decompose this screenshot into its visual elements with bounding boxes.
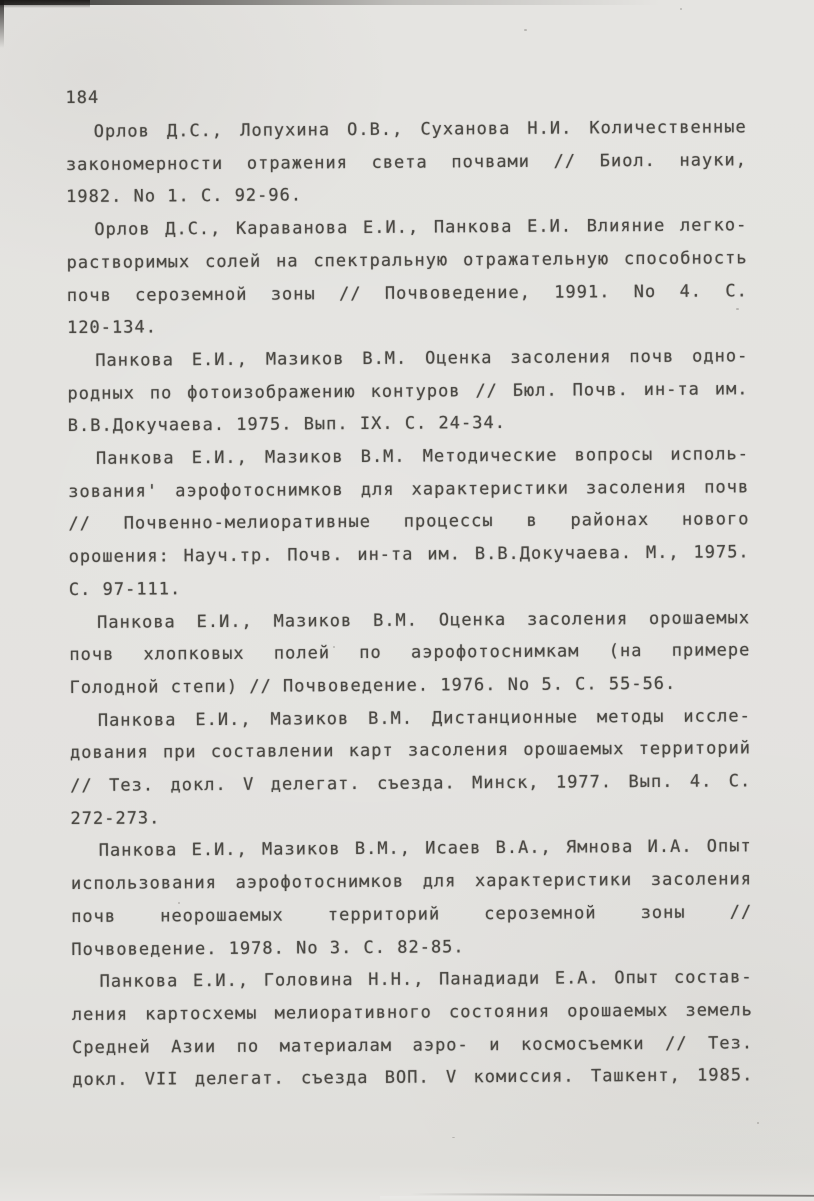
bibliography-line: // Тез. докл. V делегат. съезда. Минск, … <box>70 765 751 802</box>
bibliography-line: Панкова Е.И., Мазиков В.М. Оценка засоле… <box>67 340 748 377</box>
scanned-page: 184 Орлов Д.С., Лопухина О.В., Суханова … <box>0 0 814 1201</box>
bibliography-line: Панкова Е.И., Мазиков В.М. Дистанционные… <box>70 700 751 737</box>
bibliography-line: почв хлопковых полей по аэрофотоснимкам … <box>69 635 750 672</box>
bibliography-line: дования при составлении карт засоления о… <box>70 733 751 770</box>
bibliography-line: ления картосхемы мелиоративного состояни… <box>72 994 753 1031</box>
bibliography-line: орошения: Науч.тр. Почв. ин-та им. В.В.Д… <box>69 536 750 573</box>
bibliography-line: родных по фотоизображению контуров // Бю… <box>67 373 748 410</box>
bibliography-line: почв неорошаемых территорий сероземной з… <box>71 896 752 933</box>
bibliography-line: докл. VII делегат. съезда ВОП. V комисси… <box>72 1060 753 1097</box>
bibliography-line: // Почвенно-мелиоративные процессы в рай… <box>68 504 749 541</box>
bibliography-line: растворимых солей на спектральную отража… <box>66 242 747 279</box>
bibliography-line: Орлов Д.С., Караванова Е.И., Панкова Е.И… <box>66 209 747 246</box>
bibliography-line: Орлов Д.С., Лопухина О.В., Суханова Н.И.… <box>66 111 747 148</box>
bibliography-line: 120-134. <box>67 307 748 344</box>
bibliography-line: Голодной степи) // Почвоведение. 1976. N… <box>69 667 750 704</box>
bibliography-line: Панкова Е.И., Мазиков В.М., Исаев В.А., … <box>71 831 752 868</box>
bibliography-line: Почвоведение. 1978. No 3. С. 82-85. <box>71 929 752 966</box>
bibliography-line: зования' аэрофотоснимков для характерист… <box>68 471 749 508</box>
bibliography-line: 1982. No 1. С. 92-96. <box>66 177 747 214</box>
bibliography-line: С. 97-111. <box>69 569 750 606</box>
bibliography-line: закономерности отражения света почвами /… <box>66 144 747 181</box>
bibliography-line: 272-273. <box>70 798 751 835</box>
bibliography-line: Панкова Е.И., Мазиков В.М. Методические … <box>68 438 749 475</box>
page-number: 184 <box>65 88 99 108</box>
page-content: 184 Орлов Д.С., Лопухина О.В., Суханова … <box>0 0 814 1201</box>
bibliography-line: Панкова Е.И., Мазиков В.М. Оценка засоле… <box>69 602 750 639</box>
bibliography-line: Средней Азии по материалам аэро- и космо… <box>72 1027 753 1064</box>
bibliography-text: Орлов Д.С., Лопухина О.В., Суханова Н.И.… <box>66 111 754 1097</box>
bibliography-line: В.В.Докучаева. 1975. Вып. IX. С. 24-34. <box>68 406 749 443</box>
bibliography-line: почв сероземной зоны // Почвоведение, 19… <box>67 275 748 312</box>
bibliography-line: Панкова Е.И., Головина Н.Н., Панадиади Е… <box>72 962 753 999</box>
bibliography-line: использования аэрофотоснимков для характ… <box>71 863 752 900</box>
